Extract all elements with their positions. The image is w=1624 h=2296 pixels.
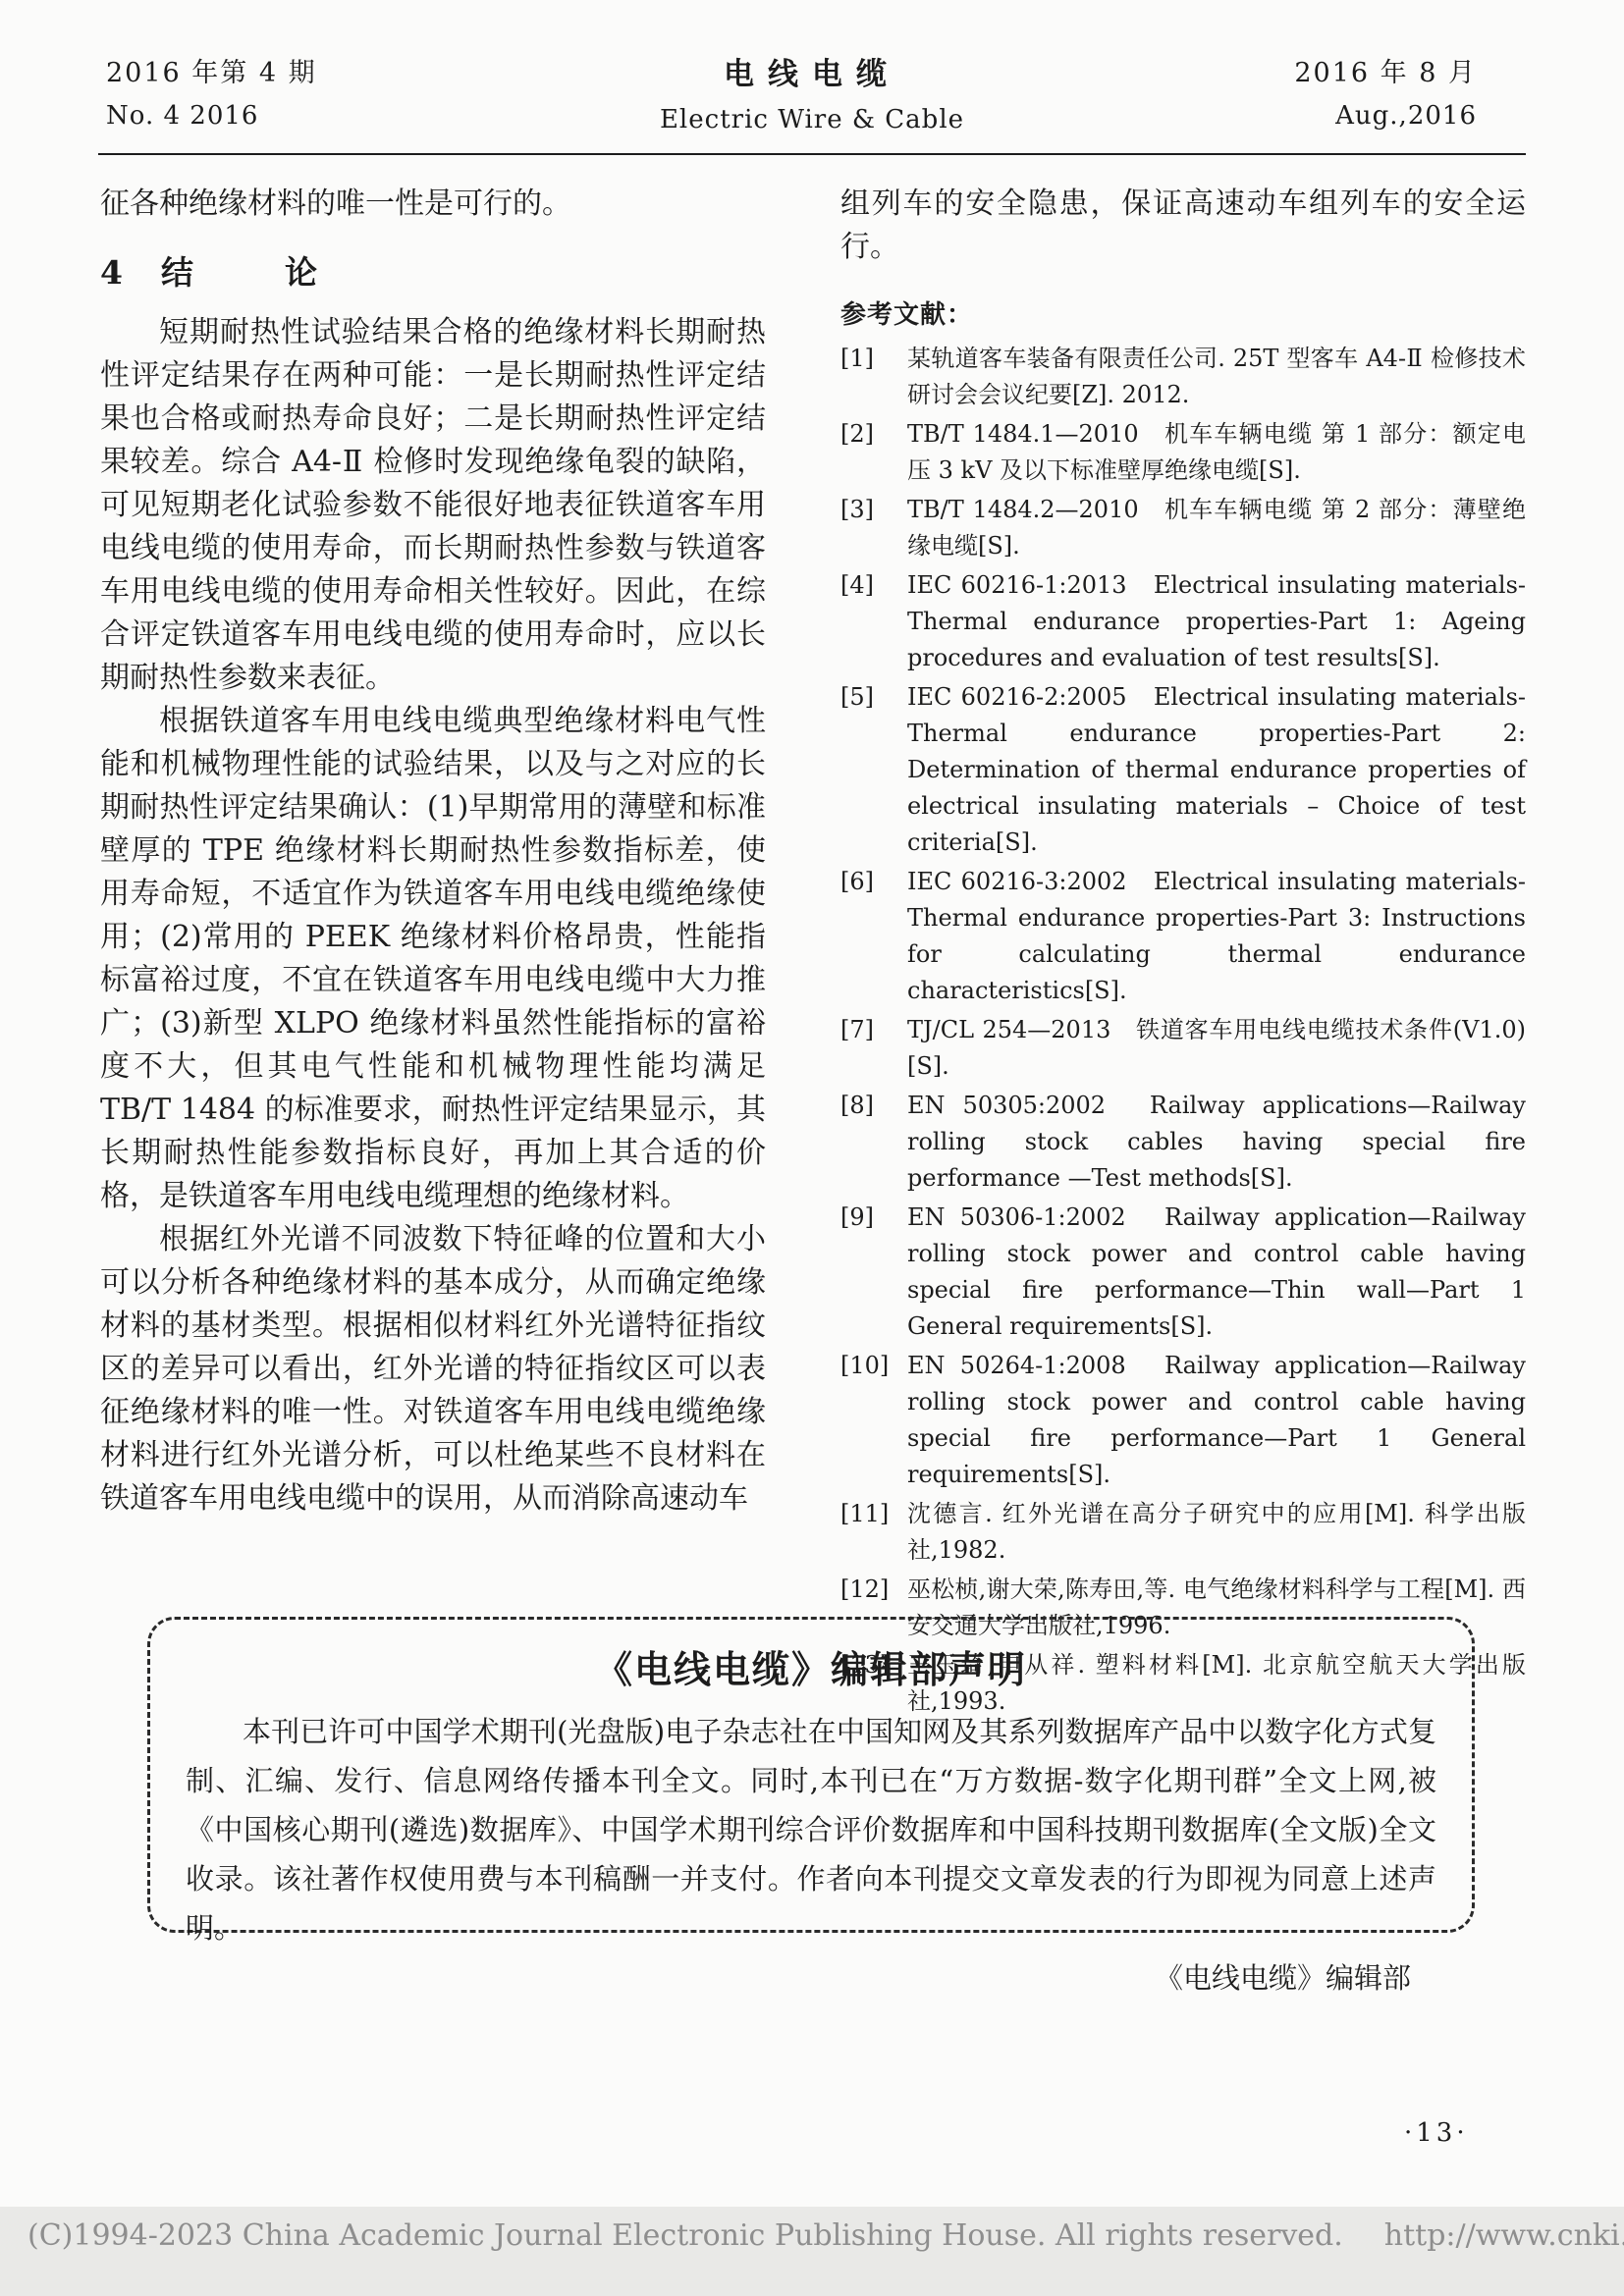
references-title: 参考文献： <box>840 294 1526 331</box>
reference-item: [10] EN 50264-1:2008 Railway application… <box>840 1348 1526 1493</box>
reference-text: 某轨道客车装备有限责任公司. 25T 型客车 A4-Ⅱ 检修技术研讨会会议纪要[… <box>907 341 1526 413</box>
footer-band: (C)1994-2023 China Academic Journal Elec… <box>0 2207 1624 2296</box>
section-title: 结 论 <box>161 253 347 292</box>
footer-copyright: (C)1994-2023 China Academic Journal Elec… <box>27 2218 1343 2253</box>
statement-body: 本刊已许可中国学术期刊(光盘版)电子杂志社在中国知网及其系列数据库产品中以数字化… <box>186 1707 1436 1952</box>
references-list: [1] 某轨道客车装备有限责任公司. 25T 型客车 A4-Ⅱ 检修技术研讨会会… <box>840 341 1526 1720</box>
reference-number: [9] <box>840 1200 907 1345</box>
section-heading: 4结 论 <box>100 247 766 294</box>
reference-text: TJ/CL 254—2013 铁道客车用电线电缆技术条件(V1.0)[S]. <box>907 1012 1526 1085</box>
reference-number: [7] <box>840 1012 907 1085</box>
reference-text: 沈德言. 红外光谱在高分子研究中的应用[M]. 科学出版社,1982. <box>907 1496 1526 1569</box>
page-number: ·13· <box>1404 2118 1469 2148</box>
reference-number: [2] <box>840 416 907 489</box>
reference-text: EN 50306-1:2002 Railway application—Rail… <box>907 1200 1526 1345</box>
reference-number: [11] <box>840 1496 907 1569</box>
reference-text: TB/T 1484.2—2010 机车车辆电缆 第 2 部分：薄壁绝缘电缆[S]… <box>907 492 1526 564</box>
conclusion-paragraph: 根据红外光谱不同波数下特征峰的位置和大小可以分析各种绝缘材料的基本成分，从而确定… <box>100 1218 766 1521</box>
footer-copyright-line: (C)1994-2023 China Academic Journal Elec… <box>27 2218 1624 2253</box>
footer-url: http://www.cnki.net <box>1384 2218 1624 2253</box>
reference-number: [1] <box>840 341 907 413</box>
reference-item: [9] EN 50306-1:2002 Railway application—… <box>840 1200 1526 1345</box>
reference-text: IEC 60216-2:2005 Electrical insulating m… <box>907 679 1526 861</box>
reference-item: [6] IEC 60216-3:2002 Electrical insulati… <box>840 864 1526 1009</box>
editorial-statement-box: 《电线电缆》编辑部声明 本刊已许可中国学术期刊(光盘版)电子杂志社在中国知网及其… <box>147 1617 1475 1933</box>
carryover-paragraph: 征各种绝缘材料的唯一性是可行的。 <box>100 183 766 226</box>
conclusion-paragraph: 短期耐热性试验结果合格的绝缘材料长期耐热性评定结果存在两种可能：一是长期耐热性评… <box>100 311 766 700</box>
journal-page: 2016 年第 4 期 No. 4 2016 电线电缆 Electric Wir… <box>0 0 1624 2296</box>
reference-text: IEC 60216-1:2013 Electrical insulating m… <box>907 567 1526 676</box>
reference-item: [2] TB/T 1484.1—2010 机车车辆电缆 第 1 部分：额定电压 … <box>840 416 1526 489</box>
reference-text: TB/T 1484.1—2010 机车车辆电缆 第 1 部分：额定电压 3 kV… <box>907 416 1526 489</box>
reference-number: [3] <box>840 492 907 564</box>
statement-title: 《电线电缆》编辑部声明 <box>186 1639 1436 1693</box>
reference-number: [8] <box>840 1088 907 1197</box>
reference-item: [4] IEC 60216-1:2013 Electrical insulati… <box>840 567 1526 676</box>
reference-number: [5] <box>840 679 907 861</box>
header-date: 2016 年 8 月 Aug.,2016 <box>1202 51 1477 131</box>
statement-signature: 《电线电缆》编辑部 <box>186 1956 1436 1997</box>
reference-item: [7] TJ/CL 254—2013 铁道客车用电线电缆技术条件(V1.0)[S… <box>840 1012 1526 1085</box>
left-column: 征各种绝缘材料的唯一性是可行的。 4结 论 短期耐热性试验结果合格的绝缘材料长期… <box>100 183 766 1521</box>
reference-text: IEC 60216-3:2002 Electrical insulating m… <box>907 864 1526 1009</box>
reference-item: [1] 某轨道客车装备有限责任公司. 25T 型客车 A4-Ⅱ 检修技术研讨会会… <box>840 341 1526 413</box>
conclusion-paragraph: 根据铁道客车用电线电缆典型绝缘材料电气性能和机械物理性能的试验结果，以及与之对应… <box>100 700 766 1218</box>
header-divider <box>98 153 1526 155</box>
reference-item: [5] IEC 60216-2:2005 Electrical insulati… <box>840 679 1526 861</box>
carryover-paragraph: 组列车的安全隐患，保证高速动车组列车的安全运行。 <box>840 183 1526 269</box>
reference-text: EN 50305:2002 Railway applications—Railw… <box>907 1088 1526 1197</box>
reference-item: [3] TB/T 1484.2—2010 机车车辆电缆 第 2 部分：薄壁绝缘电… <box>840 492 1526 564</box>
reference-number: [6] <box>840 864 907 1009</box>
issue-date-cn: 2016 年 8 月 <box>1202 51 1477 89</box>
issue-date-en: Aug.,2016 <box>1202 101 1477 131</box>
right-column: 组列车的安全隐患，保证高速动车组列车的安全运行。 参考文献： [1] 某轨道客车… <box>840 183 1526 1723</box>
reference-number: [4] <box>840 567 907 676</box>
reference-item: [11] 沈德言. 红外光谱在高分子研究中的应用[M]. 科学出版社,1982. <box>840 1496 1526 1569</box>
section-number: 4 <box>100 253 124 292</box>
reference-item: [8] EN 50305:2002 Railway applications—R… <box>840 1088 1526 1197</box>
reference-number: [10] <box>840 1348 907 1493</box>
reference-text: EN 50264-1:2008 Railway application—Rail… <box>907 1348 1526 1493</box>
